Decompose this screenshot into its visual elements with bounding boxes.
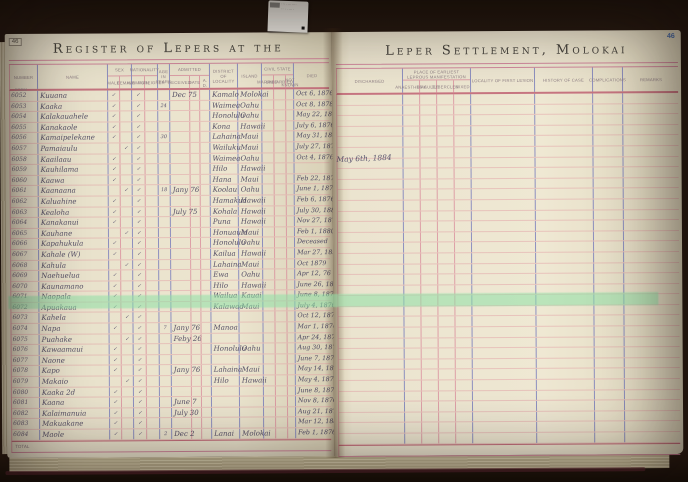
cell-h: ✓ <box>132 90 145 100</box>
cell-disch <box>339 423 405 433</box>
cell-loc <box>473 390 537 400</box>
cell-age <box>158 111 170 121</box>
cell-disch <box>338 296 404 306</box>
cell-died: Mar 12, 1881 <box>296 417 332 427</box>
cell-ma <box>264 365 276 375</box>
cell-un <box>274 121 286 131</box>
cell-f: ✓ <box>122 376 134 386</box>
cell-mc <box>421 296 438 306</box>
cell-name: Puahake <box>40 334 110 344</box>
cell-f <box>121 281 133 291</box>
cell-n: 6058 <box>10 154 38 164</box>
cell-m: ✓ <box>108 90 120 100</box>
cell-ad <box>201 217 211 227</box>
cell-hist <box>536 274 594 284</box>
cell-rem <box>625 390 681 400</box>
cell-died: July 6, 1876 <box>294 121 330 131</box>
cell-n: 6060 <box>11 176 39 186</box>
cell-an <box>404 190 421 200</box>
cell-rec <box>171 259 191 269</box>
cell-dd <box>192 397 202 407</box>
cell-isl: Maui <box>239 259 263 269</box>
cell-died: Oct 1879 <box>295 259 331 269</box>
cell-dd <box>191 281 201 291</box>
cell-died: June 8, 1876 <box>296 386 332 396</box>
cell-f: ✓ <box>122 334 134 344</box>
cell-mc <box>422 370 439 380</box>
cell-n: 6083 <box>12 419 40 429</box>
cell-ma <box>263 227 275 237</box>
cell-name: Apuakaua <box>39 302 109 312</box>
cell-an <box>405 328 422 338</box>
cell-comp <box>595 337 625 347</box>
cell-loc <box>473 337 537 347</box>
col-name-label: Name <box>66 74 79 79</box>
cell-comp <box>594 263 624 273</box>
cell-name: Naehuelua <box>39 271 109 281</box>
cell-dd <box>190 111 200 121</box>
cell-mc <box>422 359 439 369</box>
cell-fo <box>145 122 158 132</box>
cell-fo <box>147 387 160 397</box>
left-table-footer: Total <box>11 439 331 453</box>
cell-n: 6075 <box>12 335 40 345</box>
cell-disch <box>339 391 405 401</box>
archival-tab: ··· ········ ·· · ····· <box>267 0 308 32</box>
cell-un <box>275 312 287 322</box>
cell-ad <box>200 143 210 153</box>
cell-comp <box>594 167 624 177</box>
cell-ma <box>264 386 276 396</box>
cell-died: May 31, 1886 <box>294 131 330 141</box>
cell-nk <box>286 121 294 131</box>
cell-mc <box>422 433 439 443</box>
cell-comp <box>593 146 623 156</box>
cell-isl: Molokai <box>240 428 264 438</box>
cell-died: June 26, 1876 <box>295 280 331 290</box>
cell-an <box>404 296 421 306</box>
cell-h: ✓ <box>132 133 145 143</box>
cell-name: Kauhane <box>39 228 109 238</box>
cell-ad <box>202 429 212 439</box>
cell-died: Aug 30, 1876 <box>296 343 332 353</box>
cell-loc <box>472 253 536 263</box>
cell-tu <box>438 168 455 178</box>
cell-ma <box>263 270 275 280</box>
cell-ma <box>263 185 275 195</box>
cell-m: ✓ <box>110 419 122 429</box>
cell-fo <box>145 111 158 121</box>
cell-an <box>405 381 422 391</box>
cell-name: Kaaka <box>38 101 108 111</box>
cell-h: ✓ <box>133 302 146 312</box>
cell-rec <box>171 175 191 185</box>
cell-fo <box>145 101 158 111</box>
cell-m <box>109 186 121 196</box>
cell-an <box>404 222 421 232</box>
cell-ma <box>263 280 275 290</box>
cell-ma <box>264 333 276 343</box>
cell-nk <box>288 407 296 417</box>
cell-loc <box>473 348 537 358</box>
cell-ad <box>202 355 212 365</box>
cell-tu <box>438 264 455 274</box>
cell-ad <box>201 270 211 280</box>
cell-comp <box>594 189 624 199</box>
cell-fo <box>145 154 158 164</box>
cell-fo <box>146 260 159 270</box>
cell-isl <box>240 333 264 343</box>
cell-m: ✓ <box>109 165 121 175</box>
cell-dd <box>191 175 201 185</box>
cell-name: Naopala <box>39 292 109 302</box>
cell-hist <box>537 348 595 358</box>
cell-m <box>108 143 120 153</box>
cell-died: July 27, 1879 <box>294 142 330 152</box>
tab-text-line-2: ·· · ····· <box>281 8 294 12</box>
cell-dist <box>212 407 240 417</box>
cell-tu <box>439 349 456 359</box>
cell-died: Feb 1, 1876 <box>296 428 332 438</box>
cell-ma <box>264 418 276 428</box>
cell-name: Pamaiaulu <box>38 143 108 153</box>
cell-rec: Jany 76 <box>171 323 191 333</box>
cell-dist: Lahaina <box>211 259 239 269</box>
cell-age: 30 <box>158 132 170 142</box>
cell-disch <box>338 285 404 295</box>
cell-h: ✓ <box>134 344 147 354</box>
cell-name: Napa <box>40 323 110 333</box>
cell-mx <box>454 126 471 136</box>
left-table-body: 6052Kuuana✓✓Dec 75KamaloMolokaiOct 6, 18… <box>9 89 331 441</box>
cell-h: ✓ <box>133 228 146 238</box>
cell-un <box>276 333 288 343</box>
cell-un <box>274 153 286 163</box>
cell-age: 2 <box>160 429 172 439</box>
cell-isl <box>239 323 263 333</box>
cell-rem <box>624 284 680 294</box>
cell-m: ✓ <box>109 175 121 185</box>
cell-un <box>276 418 288 428</box>
cell-isl <box>240 397 264 407</box>
cell-ad <box>201 280 211 290</box>
cell-loc <box>472 306 536 316</box>
cell-name: Maole <box>40 429 110 439</box>
cell-n: 6054 <box>10 112 38 122</box>
cell-hist <box>537 369 595 379</box>
cell-n: 6070 <box>11 282 39 292</box>
cell-hist <box>537 337 595 347</box>
cell-dd <box>191 291 201 301</box>
cell-mx <box>456 370 473 380</box>
cell-fo <box>147 334 160 344</box>
cell-mx <box>455 168 472 178</box>
cell-ma <box>264 354 276 364</box>
cell-mc <box>421 275 438 285</box>
cell-mc <box>422 423 439 433</box>
tab-dot-mark <box>302 26 305 29</box>
cell-died: Apr 24, 1877 <box>296 333 332 343</box>
cell-name: Kawaamaui <box>40 345 110 355</box>
cell-f: ✓ <box>121 260 133 270</box>
cell-disch <box>339 328 405 338</box>
cell-f <box>122 345 134 355</box>
cell-rem <box>624 241 680 251</box>
cell-ma <box>262 111 274 121</box>
cell-un <box>275 269 287 279</box>
cell-m: ✓ <box>110 355 122 365</box>
cell-name: Kaunamano <box>39 281 109 291</box>
cell-mx <box>455 295 472 305</box>
cell-name: Kauhilama <box>39 165 109 175</box>
cell-age <box>159 291 171 301</box>
cell-an <box>403 148 420 158</box>
cell-disch <box>338 169 404 179</box>
cell-loc <box>472 200 536 210</box>
cell-n: 6064 <box>11 218 39 228</box>
cell-mc <box>420 158 437 168</box>
cell-isl: Kauai <box>239 291 263 301</box>
col-name: Name <box>38 64 108 88</box>
cell-ad <box>202 365 212 375</box>
cell-nk <box>287 259 295 269</box>
cell-mc <box>421 253 438 263</box>
cell-rec <box>172 418 192 428</box>
cell-f <box>122 408 134 418</box>
cell-dd <box>190 90 200 100</box>
cell-rem <box>625 337 681 347</box>
cell-mx <box>455 274 472 284</box>
cell-comp <box>595 390 625 400</box>
cell-ad <box>202 408 212 418</box>
cell-rem <box>624 188 680 198</box>
cell-age <box>159 228 171 238</box>
cell-rec <box>172 355 192 365</box>
cell-dd <box>191 249 201 259</box>
cell-an <box>403 158 420 168</box>
cell-tu <box>438 253 455 263</box>
cell-fo <box>146 313 159 323</box>
cell-dd <box>191 164 201 174</box>
cell-isl: Hawaii <box>239 195 263 205</box>
cell-un <box>276 375 288 385</box>
cell-un <box>276 428 288 438</box>
cell-age <box>159 175 171 185</box>
cell-hist <box>537 358 595 368</box>
cell-m: ✓ <box>109 207 121 217</box>
cell-name: Kealoha <box>39 207 109 217</box>
cell-comp <box>594 231 624 241</box>
cell-mc <box>420 94 437 104</box>
civil-state-label: Civil State <box>264 66 291 71</box>
cell-died: Oct 4, 1876 <box>294 153 330 163</box>
cell-rem <box>623 125 679 135</box>
cell-f <box>121 270 133 280</box>
cell-dd <box>192 386 202 396</box>
cell-n: 6080 <box>12 387 40 397</box>
cell-mc <box>421 211 438 221</box>
cell-nk <box>288 428 296 438</box>
cell-rem <box>624 231 680 241</box>
cell-mc <box>422 349 439 359</box>
cell-fo <box>147 344 160 354</box>
cell-h: ✓ <box>133 313 146 323</box>
cell-rem <box>623 114 679 124</box>
cell-name: Kaailaau <box>38 154 108 164</box>
cell-rec <box>171 196 191 206</box>
cell-tu <box>439 338 456 348</box>
cell-f <box>121 175 133 185</box>
cell-mc <box>420 116 437 126</box>
cell-tu <box>437 147 454 157</box>
cell-hist <box>537 380 595 390</box>
cell-fo <box>146 175 159 185</box>
cell-rec <box>170 153 190 163</box>
cell-loc <box>471 115 535 125</box>
cell-hist <box>536 242 594 252</box>
cell-name: Kahula <box>39 260 109 270</box>
cell-mx <box>455 232 472 242</box>
cell-ma <box>264 407 276 417</box>
cell-ad <box>201 228 211 238</box>
cell-m: ✓ <box>110 345 122 355</box>
cell-m <box>109 228 121 238</box>
cell-mx <box>455 179 472 189</box>
cell-an <box>405 391 422 401</box>
cell-dd <box>191 302 201 312</box>
cell-n: 6063 <box>11 207 39 217</box>
cell-ad <box>200 111 210 121</box>
cell-an <box>404 306 421 316</box>
cell-nk <box>288 386 296 396</box>
cell-dd <box>191 270 201 280</box>
cell-rem <box>625 326 681 336</box>
cell-age <box>159 270 171 280</box>
cell-mc <box>421 264 438 274</box>
col-number: Number <box>10 65 38 89</box>
cell-mx <box>454 105 471 115</box>
cell-tu <box>438 200 455 210</box>
cell-loc <box>471 94 535 104</box>
cell-h: ✓ <box>133 323 146 333</box>
cell-f <box>121 292 133 302</box>
cell-comp <box>594 178 624 188</box>
cell-age <box>159 217 171 227</box>
cell-rec: Jany 76 <box>171 185 191 195</box>
cell-loc <box>473 422 537 432</box>
cell-un <box>275 280 287 290</box>
cell-an <box>403 137 420 147</box>
cell-isl: Hawaii <box>239 217 263 227</box>
cell-ad <box>201 291 211 301</box>
cell-disch <box>338 317 404 327</box>
cell-un <box>274 89 286 99</box>
cell-dist: Waimea <box>210 153 238 163</box>
cell-fo <box>147 429 160 439</box>
cell-f <box>121 239 133 249</box>
cell-un <box>274 132 286 142</box>
cell-nk <box>288 397 296 407</box>
cell-tu <box>438 317 455 327</box>
cell-dist <box>212 397 240 407</box>
cell-mc <box>421 232 438 242</box>
cell-un <box>276 344 288 354</box>
cell-h: ✓ <box>133 196 146 206</box>
cell-un <box>275 206 287 216</box>
cell-nk <box>287 185 295 195</box>
col-district: District of Locality <box>210 64 238 88</box>
cell-hist <box>536 221 594 231</box>
cell-mc <box>420 147 437 157</box>
cell-tu <box>438 211 455 221</box>
cell-hist <box>537 432 595 442</box>
cell-m <box>109 260 121 270</box>
cell-h: ✓ <box>134 355 147 365</box>
cell-m: ✓ <box>109 302 121 312</box>
cell-n: 6073 <box>11 313 39 323</box>
cell-ma <box>263 248 275 258</box>
cell-n: 6055 <box>10 123 38 133</box>
cell-rec <box>170 143 190 153</box>
cell-loc <box>473 327 537 337</box>
cell-rec <box>171 270 191 280</box>
cell-mx <box>456 338 473 348</box>
cell-hist <box>536 263 594 273</box>
barcode-icon <box>270 2 279 7</box>
cell-ma <box>264 428 276 438</box>
cell-mx <box>455 253 472 263</box>
cell-comp <box>595 358 625 368</box>
cell-h: ✓ <box>134 397 147 407</box>
cell-fo <box>146 217 159 227</box>
cell-n: 6061 <box>11 186 39 196</box>
cell-nk <box>287 216 295 226</box>
cell-comp <box>593 114 623 124</box>
cell-nk <box>286 142 294 152</box>
cell-rec <box>171 302 191 312</box>
cell-died: Feb 1, 1880 <box>295 227 331 237</box>
cell-comp <box>594 273 624 283</box>
cell-tu <box>437 116 454 126</box>
cell-age <box>158 154 170 164</box>
cell-ma <box>264 375 276 385</box>
cell-m: ✓ <box>108 122 120 132</box>
cell-hist <box>537 327 595 337</box>
cell-dist <box>211 312 239 322</box>
cell-tu <box>438 221 455 231</box>
sex-label: Sex <box>115 67 124 72</box>
cell-isl: Hawaii <box>239 206 263 216</box>
cell-died: July 30, 1880 <box>295 206 331 216</box>
cell-age <box>160 418 172 428</box>
cell-dd <box>192 408 202 418</box>
cell-m: ✓ <box>110 408 122 418</box>
cell-dist: Lanai <box>212 429 240 439</box>
cell-mx <box>456 348 473 358</box>
cell-mc <box>420 105 437 115</box>
cell-m: ✓ <box>109 270 121 280</box>
cell-comp <box>593 93 623 103</box>
cell-m <box>109 313 121 323</box>
cell-mx <box>455 243 472 253</box>
cell-age <box>159 207 171 217</box>
cell-mx <box>455 306 472 316</box>
cell-ma <box>263 301 275 311</box>
cell-dist: Honuaula <box>211 227 239 237</box>
cell-fo <box>146 302 159 312</box>
cell-age <box>159 249 171 259</box>
cell-mx <box>456 391 473 401</box>
